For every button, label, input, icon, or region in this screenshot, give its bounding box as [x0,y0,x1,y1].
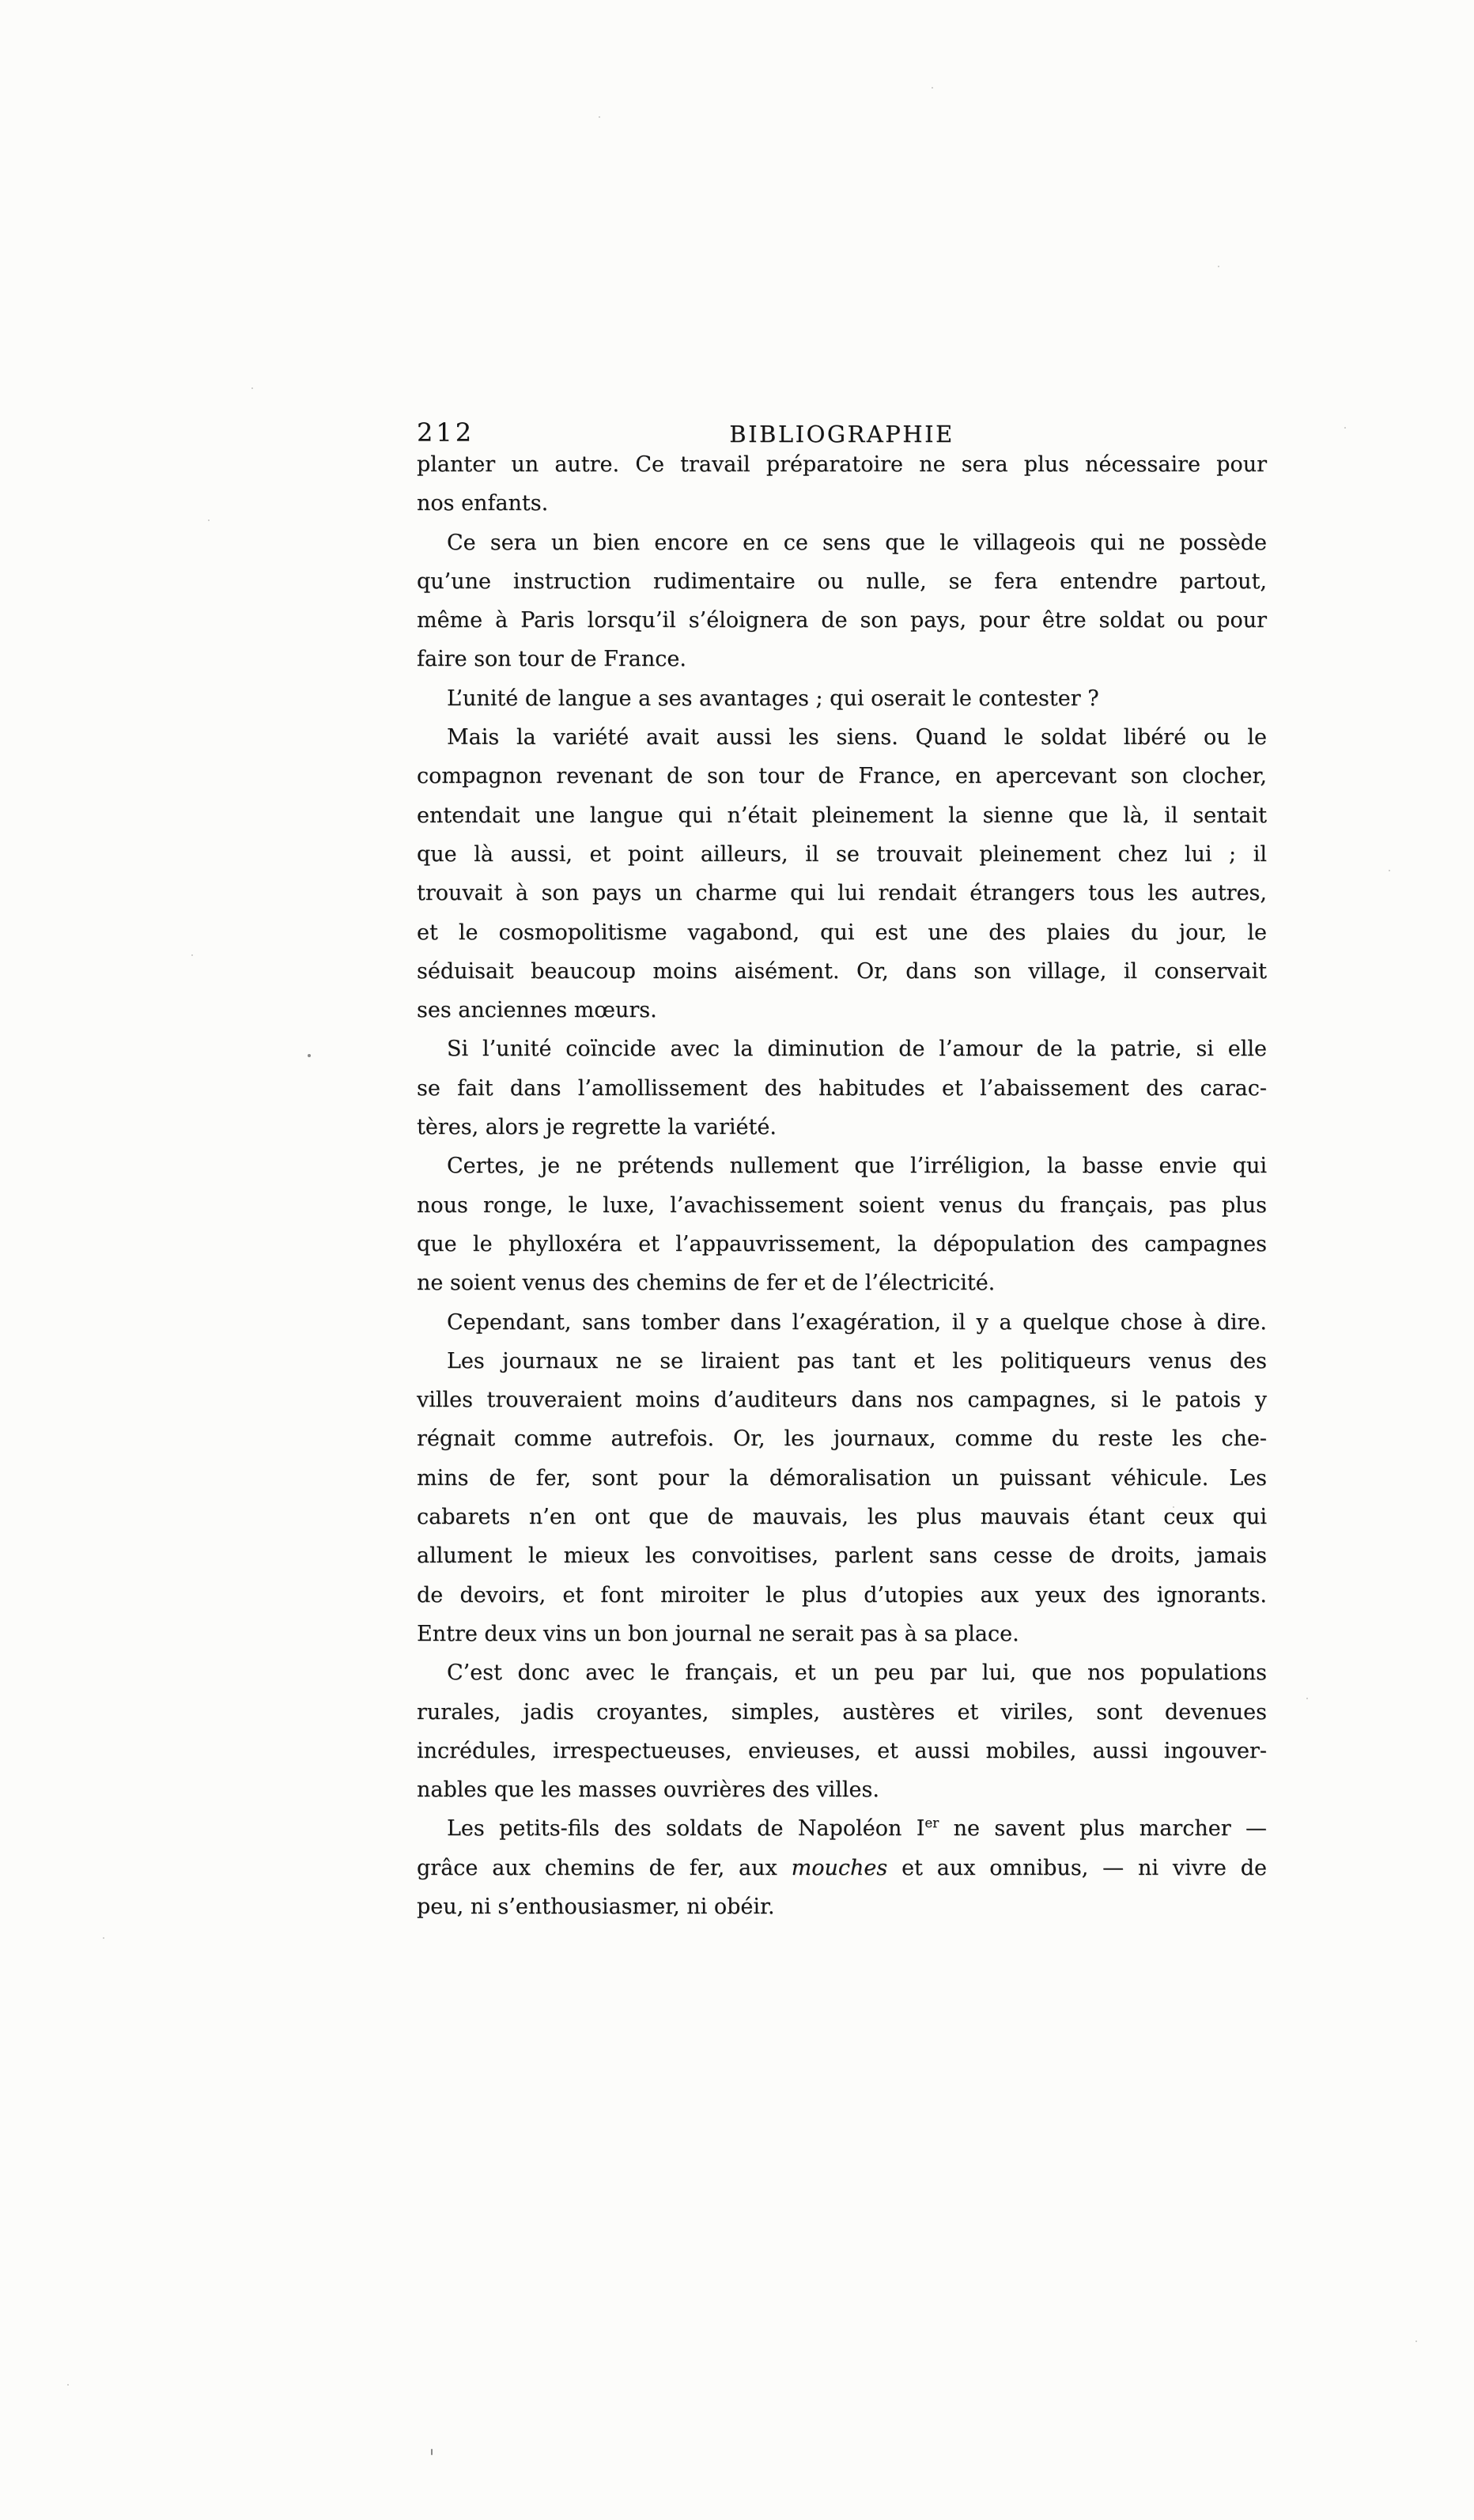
text-line: ne soient venus des chemins de fer et de… [417,1264,1267,1302]
text-line: séduisait beaucoup moins aisément. Or, d… [417,952,1267,991]
scan-speck [1415,2341,1417,2342]
scan-speck [431,2449,433,2455]
text-line: Les journaux ne se liraient pas tant et … [417,1342,1267,1381]
text-line: même à Paris lorsqu’il s’éloignera de so… [417,601,1267,640]
scan-speck [1218,266,1219,267]
text-line: incrédules, irrespectueuses, envieuses, … [417,1732,1267,1770]
paragraph: Si l’unité coïncide avec la diminution d… [417,1030,1267,1147]
text-line: nos enfants. [417,484,1267,523]
scan-speck [1389,870,1390,871]
scanned-book-page: 212 BIBLIOGRAPHIE planter un autre. Ce t… [0,0,1474,2520]
running-header: BIBLIOGRAPHIE [417,421,1267,448]
scan-speck [67,2384,69,2386]
text-line: faire son tour de France. [417,640,1267,678]
scan-speck [191,954,193,956]
scan-speck [208,519,210,521]
text-line: peu, ni s’enthousiasmer, ni obéir. [417,1887,1267,1926]
text-line: que le phylloxéra et l’appauvrissement, … [417,1225,1267,1264]
paragraph: Cependant, sans tomber dans l’exagératio… [417,1303,1267,1342]
text-line: rurales, jadis croyantes, simples, austè… [417,1693,1267,1732]
scan-speck [103,1937,104,1939]
paragraph: Les petits-fils des soldats de Napoléon … [417,1809,1267,1926]
text-line: tères, alors je regrette la variété. [417,1108,1267,1147]
text-line: Entre deux vins un bon journal ne serait… [417,1615,1267,1653]
text-line: Cependant, sans tomber dans l’exagératio… [417,1303,1267,1342]
text-line: grâce aux chemins de fer, aux mouches et… [417,1849,1267,1887]
scan-speck [932,87,933,89]
text-line: Mais la variété avait aussi les siens. Q… [417,718,1267,757]
text-line: compagnon revenant de son tour de France… [417,757,1267,795]
text-line: de devoirs, et font miroiter le plus d’u… [417,1576,1267,1615]
scan-speck [308,1054,311,1057]
text-line: trouvait à son pays un charme qui lui re… [417,874,1267,912]
text-line: mins de fer, sont pour la démoralisation… [417,1459,1267,1498]
text-block: planter un autre. Ce travail préparatoir… [417,445,1267,1926]
text-line: et le cosmopolitisme vagabond, qui est u… [417,913,1267,952]
text-line: Si l’unité coïncide avec la diminution d… [417,1030,1267,1068]
paragraph: C’est donc avec le français, et un peu p… [417,1653,1267,1809]
paragraph: Mais la variété avait aussi les siens. Q… [417,718,1267,1030]
paragraph: Certes, je ne prétends nullement que l’i… [417,1147,1267,1302]
scan-speck [1344,427,1346,429]
scan-speck [1306,1698,1308,1699]
text-line: nables que les masses ouvrières des vill… [417,1770,1267,1809]
paragraph: Ce sera un bien encore en ce sens que le… [417,523,1267,679]
text-line: villes trouveraient moins d’auditeurs da… [417,1381,1267,1419]
text-line: se fait dans l’amollissement des habitud… [417,1069,1267,1108]
scan-speck [1173,1506,1174,1508]
scan-speck [251,387,253,389]
text-line: régnait comme autrefois. Or, les journau… [417,1419,1267,1458]
text-line: planter un autre. Ce travail préparatoir… [417,445,1267,484]
paragraph: Les journaux ne se liraient pas tant et … [417,1342,1267,1653]
text-line: cabarets n’en ont que de mauvais, les pl… [417,1498,1267,1536]
text-line: C’est donc avec le français, et un peu p… [417,1653,1267,1692]
text-line: allument le mieux les convoitises, parle… [417,1536,1267,1575]
text-line: qu’une instruction rudimentaire ou nulle… [417,562,1267,601]
text-line: Les petits-fils des soldats de Napoléon … [417,1809,1267,1848]
text-line: Ce sera un bien encore en ce sens que le… [417,523,1267,562]
text-line: L’unité de langue a ses avantages ; qui … [417,679,1267,718]
text-line: ses anciennes mœurs. [417,991,1267,1030]
text-line: nous ronge, le luxe, l’avachissement soi… [417,1186,1267,1225]
text-line: entendait une langue qui n’était pleinem… [417,796,1267,835]
text-line: que là aussi, et point ailleurs, il se t… [417,835,1267,874]
paragraph: planter un autre. Ce travail préparatoir… [417,445,1267,523]
text-line: Certes, je ne prétends nullement que l’i… [417,1147,1267,1185]
scan-speck [599,116,600,118]
paragraph: L’unité de langue a ses avantages ; qui … [417,679,1267,718]
